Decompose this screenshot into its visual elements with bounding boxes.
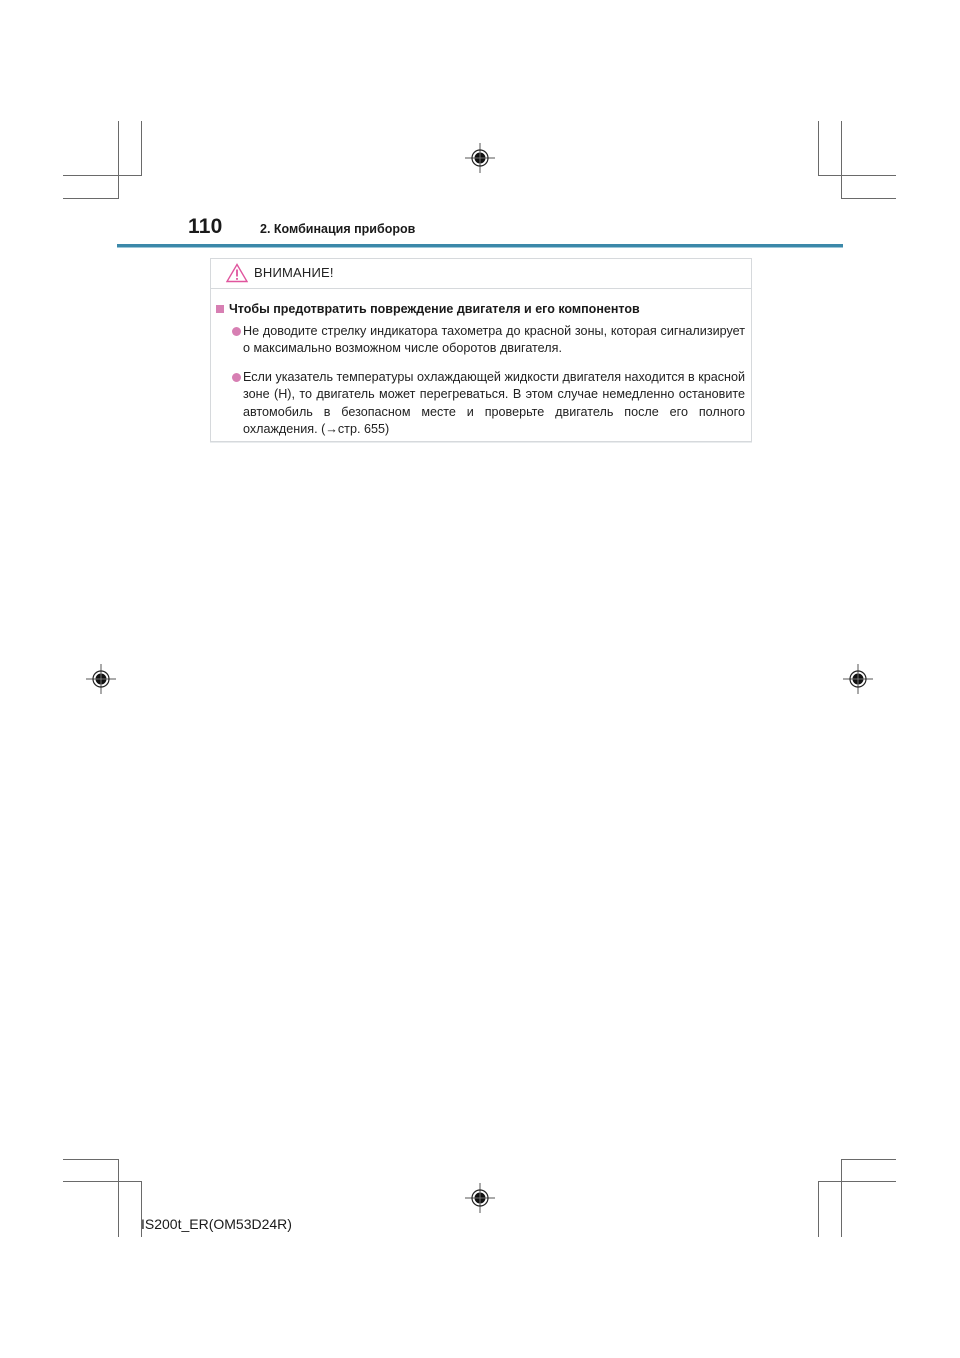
registration-mark-icon [463, 1181, 497, 1215]
document-code: IS200t_ER(OM53D24R) [141, 1216, 292, 1232]
crop-mark [818, 121, 819, 176]
section-title: 2. Комбинация приборов [260, 222, 415, 236]
circle-bullet-icon [232, 373, 241, 382]
square-bullet-icon [216, 305, 224, 313]
registration-mark-icon [841, 662, 875, 696]
crop-mark [841, 121, 842, 199]
caution-box: ВНИМАНИЕ! Чтобы предотвратить повреждени… [210, 258, 752, 442]
crop-mark [841, 198, 896, 199]
list-item: Не доводите стрелку индикатора тахометра… [243, 323, 745, 358]
crop-mark [818, 1181, 896, 1182]
list-item-text: Если указатель температуры охлаждающей ж… [243, 370, 745, 436]
crop-mark [63, 1181, 142, 1182]
page-number: 110 [188, 215, 222, 239]
caution-label: ВНИМАНИЕ! [254, 265, 334, 280]
crop-mark [63, 175, 142, 176]
registration-mark-icon [84, 662, 118, 696]
crop-mark [118, 121, 119, 199]
header-rule [117, 244, 843, 248]
registration-mark-icon [463, 141, 497, 175]
warning-triangle-icon [226, 263, 248, 283]
crop-mark [63, 1159, 119, 1160]
crop-mark [841, 1159, 896, 1160]
crop-mark [841, 1159, 842, 1237]
caution-header: ВНИМАНИЕ! [211, 259, 751, 289]
list-item: Если указатель температуры охлаждающей ж… [243, 369, 745, 438]
caution-subheading: Чтобы предотвратить повреждение двигател… [216, 302, 640, 316]
crop-mark [818, 175, 896, 176]
crop-mark [63, 198, 119, 199]
circle-bullet-icon [232, 327, 241, 336]
crop-mark [118, 1159, 119, 1237]
caution-subheading-text: Чтобы предотвратить повреждение двигател… [229, 302, 640, 316]
crop-mark [141, 121, 142, 176]
list-item-text: Не доводите стрелку индикатора тахометра… [243, 324, 745, 355]
crop-mark [818, 1181, 819, 1237]
